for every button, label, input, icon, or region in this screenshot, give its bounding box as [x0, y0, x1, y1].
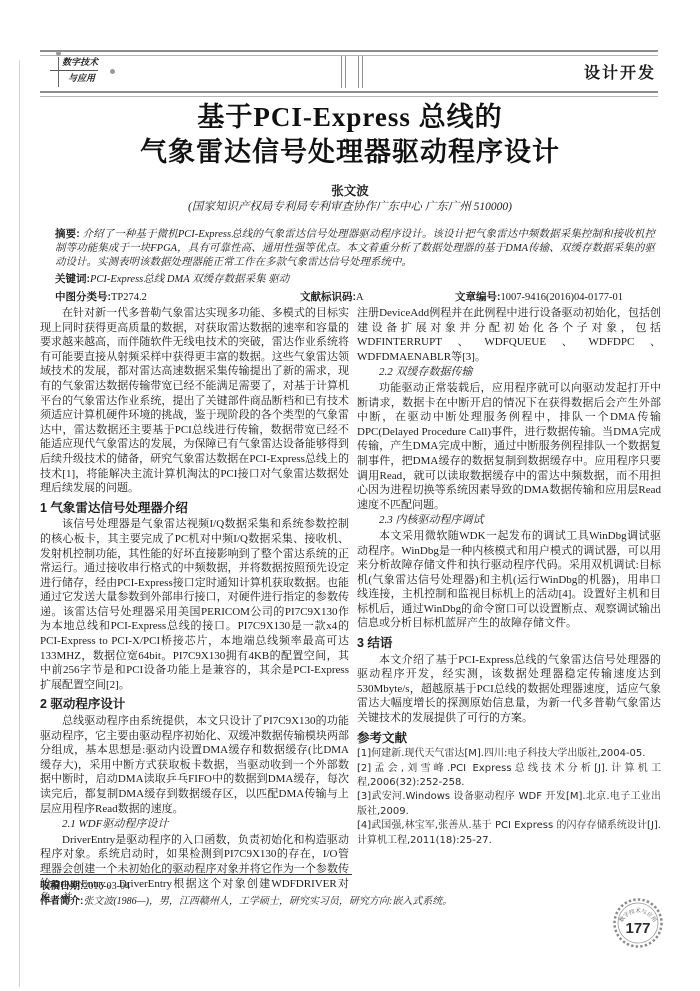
subsection2-1-continuation: 注册DeviceAdd例程并在此例程中进行设备驱动初始化，包括创建设备扩展对象并…	[357, 306, 661, 364]
paper-page: 数字技术 与应用 设计开发 基于PCI-Express 总线的 气象雷达信号处理…	[0, 0, 700, 991]
references-list: [1]何建新.现代天气雷达[M].四川:电子科技大学出版社,2004-05. […	[357, 747, 661, 848]
page-badge-stamp-icon: 数字技术与应用 177	[612, 897, 664, 949]
classification-row: 中图分类号:TP274.2 文献标识码:A 文章编号:1007-9416(201…	[55, 290, 655, 305]
left-column: 在针对新一代多普勒气象雷达实现多功能、多模式的目标实现上同时获得更高质量的数据，…	[40, 306, 349, 906]
author-bio-line: 作者简介:张文波(1986—)，男，江西赣州人，工学硕士，研究实习员，研究方向:…	[40, 894, 490, 909]
section-heading-2: 2 驱动程序设计	[40, 697, 349, 712]
header-rule-top	[40, 50, 658, 56]
author-name: 张文波	[0, 181, 700, 199]
subsection2-2-paragraph: 功能驱动正常装载后，应用程序就可以向驱动发起打开中断请求，数据卡在中断开启的情况…	[357, 381, 661, 512]
section2-paragraph: 总线驱动程序由系统提供，本文只设计了PI7C9X130的功能驱动程序，它主要由驱…	[40, 714, 349, 816]
keywords-line: 关键词:PCI-Express总线 DMA 双缓存数据采集 驱动	[55, 272, 655, 287]
article-title-line1: 基于PCI-Express 总线的	[0, 100, 700, 135]
article-id-value: 1007-9416(2016)04-0177-01	[501, 292, 623, 303]
abstract-block: 摘要: 介绍了一种基于微机PCI-Express总线的气象雷达信号处理器驱动程序…	[55, 227, 655, 305]
section-heading-3: 3 结语	[357, 636, 661, 651]
reference-item: [4]武国强,林宝军,张善从.基于 PCI Express 的闪存存储系统设计[…	[357, 819, 661, 848]
author-bio-text: 张文波(1986—)，男，江西赣州人，工学硕士，研究实习员，研究方向:嵌入式系统…	[83, 896, 452, 907]
article-id-item: 文章编号:1007-9416(2016)04-0177-01	[455, 290, 623, 305]
received-date-line: 收稿日期:2016-03-04	[40, 879, 490, 894]
author-affiliation: (国家知识产权局专利局专利审查协作广东中心 广东广州 510000)	[0, 198, 700, 214]
section1-paragraph: 该信号处理器是气象雷达视频I/Q数据采集和系统参数控制的核心板卡，其主要完成了P…	[40, 517, 349, 692]
section-heading-1: 1 气象雷达信号处理器介绍	[40, 501, 349, 516]
abstract-label: 摘要:	[55, 228, 80, 240]
logo-line2: 与应用	[50, 71, 120, 86]
keywords-text: PCI-Express总线 DMA 双缓存数据采集 驱动	[90, 274, 289, 285]
article-title-line2: 气象雷达信号处理器驱动程序设计	[0, 135, 700, 170]
clc-label: 中图分类号:	[55, 291, 111, 303]
page-number: 177	[625, 920, 650, 937]
subsection2-3-paragraph: 本文采用微软随WDK一起发布的调试工具WinDbg调试驱动程序。WinDbg是一…	[357, 529, 661, 631]
reference-item: [2]孟会,刘雪峰.PCI Express总线技术分析[J].计算机工程,200…	[357, 762, 661, 791]
footnote-rule	[40, 874, 352, 875]
received-date-value: 2016-03-04	[83, 881, 130, 892]
article-title: 基于PCI-Express 总线的 气象雷达信号处理器驱动程序设计	[0, 100, 700, 170]
divider-bar	[358, 56, 363, 88]
article-id-label: 文章编号:	[455, 291, 501, 303]
journal-logo: 数字技术 与应用	[50, 55, 120, 91]
header-rule-bottom	[40, 91, 658, 97]
column-section-label: 设计开发	[584, 60, 656, 83]
reference-item: [1]何建新.现代天气雷达[M].四川:电子科技大学出版社,2004-05.	[357, 747, 661, 761]
reference-item: [3]武安河.Windows 设备驱动程序 WDF 开发[M].北京.电子工业出…	[357, 790, 661, 819]
conclusion-paragraph: 本文介绍了基于PCI-Express总线的气象雷达信号处理器的驱动程序开发，经实…	[357, 653, 661, 726]
clc-item: 中图分类号:TP274.2	[55, 290, 147, 305]
logo-dot-icon	[56, 51, 61, 56]
keywords-label: 关键词:	[55, 273, 90, 285]
author-bio-label: 作者简介:	[40, 896, 83, 907]
doc-code-value: A	[356, 292, 364, 303]
logo-divider	[58, 57, 59, 87]
footnote-block: 收稿日期:2016-03-04 作者简介:张文波(1986—)，男，江西赣州人，…	[40, 874, 490, 909]
doc-code-item: 文献标识码:A	[300, 290, 364, 305]
divider-bar	[341, 56, 346, 88]
subsection-heading-2-1: 2.1 WDF驱动程序设计	[40, 817, 349, 832]
page-number-badge: 数字技术与应用 177	[612, 897, 664, 949]
abstract-text: 介绍了一种基于微机PCI-Express总线的气象雷达信号处理器驱动程序设计。该…	[55, 229, 655, 268]
references-heading: 参考文献	[357, 731, 661, 746]
intro-paragraph: 在针对新一代多普勒气象雷达实现多功能、多模式的目标实现上同时获得更高质量的数据，…	[40, 306, 349, 496]
right-column: 注册DeviceAdd例程并在此例程中进行设备驱动初始化，包括创建设备扩展对象并…	[357, 306, 661, 848]
doc-code-label: 文献标识码:	[300, 291, 356, 303]
abstract-paragraph: 摘要: 介绍了一种基于微机PCI-Express总线的气象雷达信号处理器驱动程序…	[55, 227, 655, 270]
subsection-heading-2-2: 2.2 双缓存数据传输	[357, 365, 661, 380]
clc-value: TP274.2	[111, 292, 147, 303]
logo-dot-icon	[110, 69, 115, 74]
received-date-label: 收稿日期:	[40, 881, 83, 892]
subsection-heading-2-3: 2.3 内核驱动程序调试	[357, 513, 661, 528]
